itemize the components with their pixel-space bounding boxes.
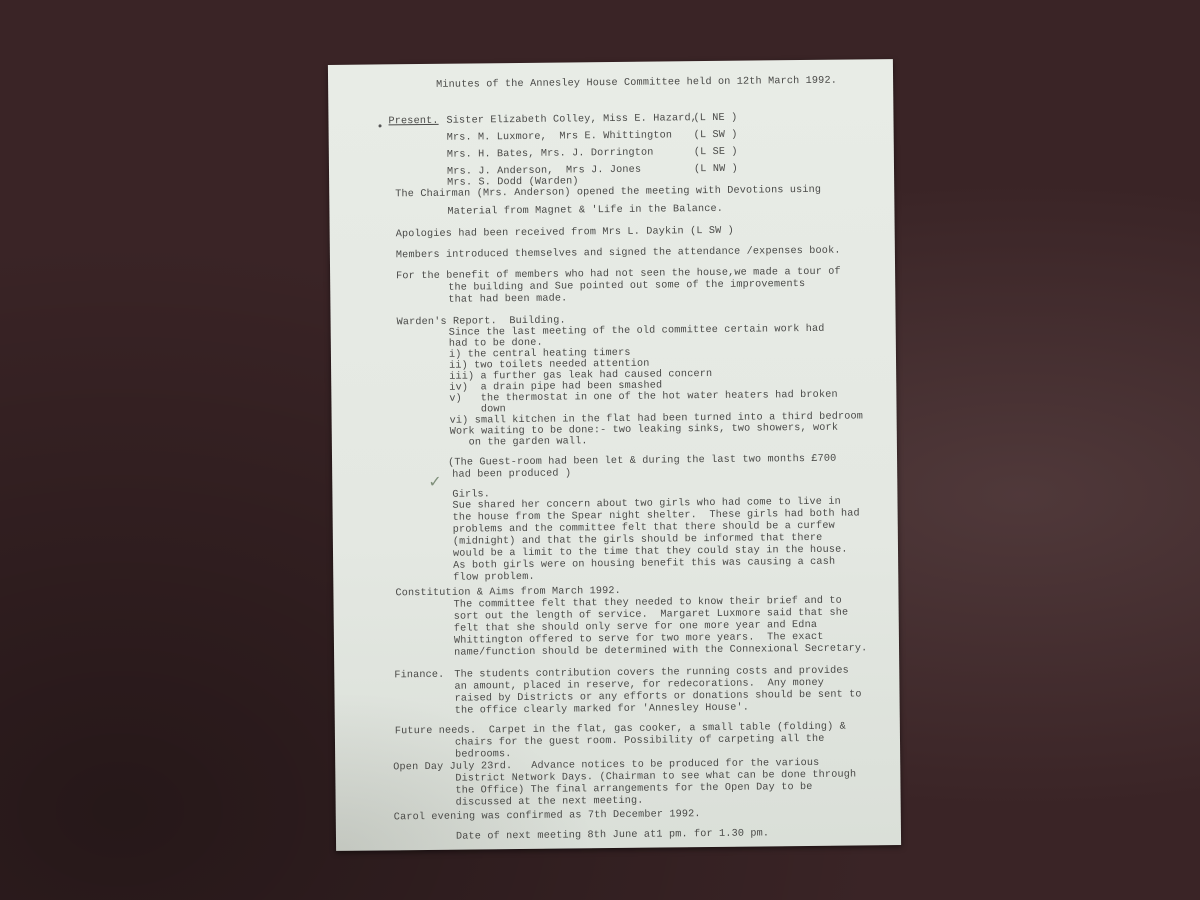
girls-line-7: flow problem. bbox=[453, 572, 535, 584]
finance-heading: Finance. bbox=[394, 670, 444, 682]
next-meeting: Date of next meeting 8th June at1 pm. fo… bbox=[456, 828, 769, 843]
guest-room-2: had been produced ) bbox=[452, 468, 571, 481]
future-needs-line-3: bedrooms. bbox=[455, 749, 511, 761]
document-title: Minutes of the Annesley House Committee … bbox=[436, 76, 837, 92]
minutes-sheet: Minutes of the Annesley House Committee … bbox=[328, 59, 901, 851]
present-district-1: (L NE ) bbox=[693, 113, 737, 125]
open-day-heading: Open Day July 23rd. bbox=[393, 761, 512, 774]
pencil-mark bbox=[379, 124, 382, 127]
present-names-1: Sister Elizabeth Colley, Miss E. Hazard, bbox=[446, 113, 697, 127]
guest-room-1: (The Guest-room had been let & during th… bbox=[448, 454, 836, 470]
future-needs-line-2: chairs for the guest room. Possibility o… bbox=[455, 734, 825, 749]
present-names-2: Mrs. M. Luxmore, Mrs E. Whittington bbox=[447, 130, 673, 144]
carol-evening: Carol evening was confirmed as 7th Decem… bbox=[394, 809, 701, 824]
apologies: Apologies had been received from Mrs L. … bbox=[396, 226, 734, 241]
present-label: Present. bbox=[388, 116, 438, 128]
check-mark-icon: ✓ bbox=[428, 476, 442, 488]
open-day-line-4: discussed at the next meeting. bbox=[456, 796, 644, 810]
work-waiting-2: on the garden wall. bbox=[450, 436, 588, 449]
tour-line-3: that had been made. bbox=[448, 293, 567, 306]
members-introduced: Members introduced themselves and signed… bbox=[396, 246, 841, 262]
opening-line-2: Material from Magnet & 'Life in the Bala… bbox=[447, 204, 723, 218]
present-district-2: (L SW ) bbox=[694, 130, 738, 142]
present-names-3: Mrs. H. Bates, Mrs. J. Dorrington bbox=[447, 148, 654, 162]
future-needs-heading: Future needs. bbox=[395, 725, 477, 737]
tour-line-2: the building and Sue pointed out some of… bbox=[448, 279, 805, 294]
present-district-3: (L SE ) bbox=[694, 147, 738, 159]
present-district-4: (L NW ) bbox=[694, 164, 738, 176]
finance-line-4: the office clearly marked for 'Annesley … bbox=[455, 703, 749, 718]
